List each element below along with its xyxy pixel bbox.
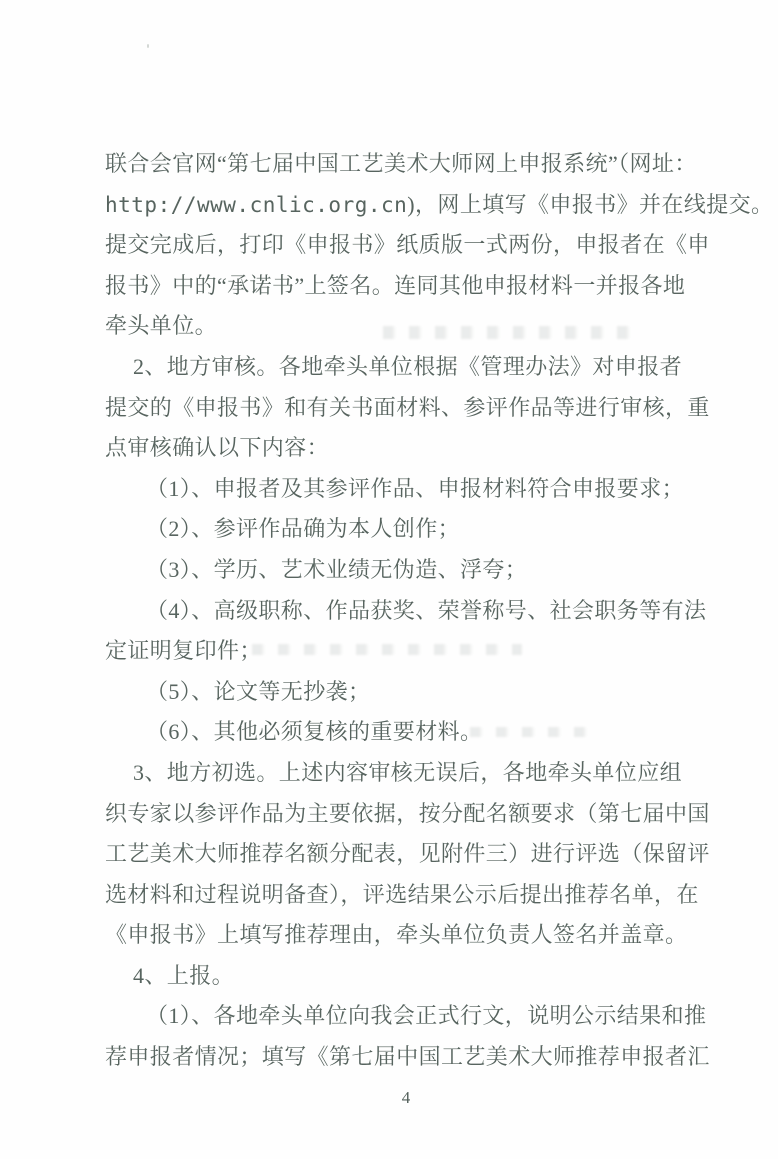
scan-speck [147,44,149,48]
text-line: （5）、论文等无抄袭； [105,672,720,713]
url-text: http://www.cnlic.org.cn [105,193,407,217]
scan-ghosting [383,326,633,339]
text-line: 提交完成后，打印《申报书》纸质版一式两份，申报者在《申 [105,225,720,266]
text-line: 荐申报者情况；填写《第七届中国工艺美术大师推荐申报者汇 [105,1037,720,1078]
document-page: 联合会官网“第七届中国工艺美术大师网上申报系统”（网址： http://www.… [0,0,778,1159]
text-line: 报书》中的“承诺书”上签名。连同其他申报材料一并报各地 [105,266,720,307]
text-line: 提交的《申报书》和有关书面材料、参评作品等进行审核，重 [105,388,720,429]
text-line: （1）、各地牵头单位向我会正式行文，说明公示结果和推 [105,996,720,1037]
scan-ghosting [470,727,590,737]
text-line: （2）、参评作品确为本人创作； [105,509,720,550]
text-line: （1）、申报者及其参评作品、申报材料符合申报要求； [105,469,720,510]
document-body: 联合会官网“第七届中国工艺美术大师网上申报系统”（网址： http://www.… [105,144,720,1078]
text-line: （6）、其他必须复核的重要材料。 [105,712,720,753]
page-number: 4 [105,1088,707,1108]
text-line: 《申报书》上填写推荐理由，牵头单位负责人签名并盖章。 [105,915,720,956]
text-line: （3）、学历、艺术业绩无伪造、浮夸； [105,550,720,591]
text-line: 联合会官网“第七届中国工艺美术大师网上申报系统”（网址： [105,144,720,185]
text-line: 3、地方初选。上述内容审核无误后，各地牵头单位应组 [105,753,720,794]
scan-ghosting [252,644,522,655]
text-line: 点审核确认以下内容： [105,428,720,469]
text-line: http://www.cnlic.org.cn)，网上填写《申报书》并在线提交。 [105,185,720,226]
text-line: 选材料和过程说明备查），评选结果公示后提出推荐名单，在 [105,875,720,916]
text-line: 工艺美术大师推荐名额分配表，见附件三）进行评选（保留评 [105,834,720,875]
text-line-rest: )，网上填写《申报书》并在线提交。 [407,192,773,217]
text-line: （4）、高级职称、作品获奖、荣誉称号、社会职务等有法 [105,591,720,632]
text-line: 2、地方审核。各地牵头单位根据《管理办法》对申报者 [105,347,720,388]
text-line: 4、上报。 [105,956,720,997]
text-line: 织专家以参评作品为主要依据，按分配名额要求（第七届中国 [105,794,720,835]
